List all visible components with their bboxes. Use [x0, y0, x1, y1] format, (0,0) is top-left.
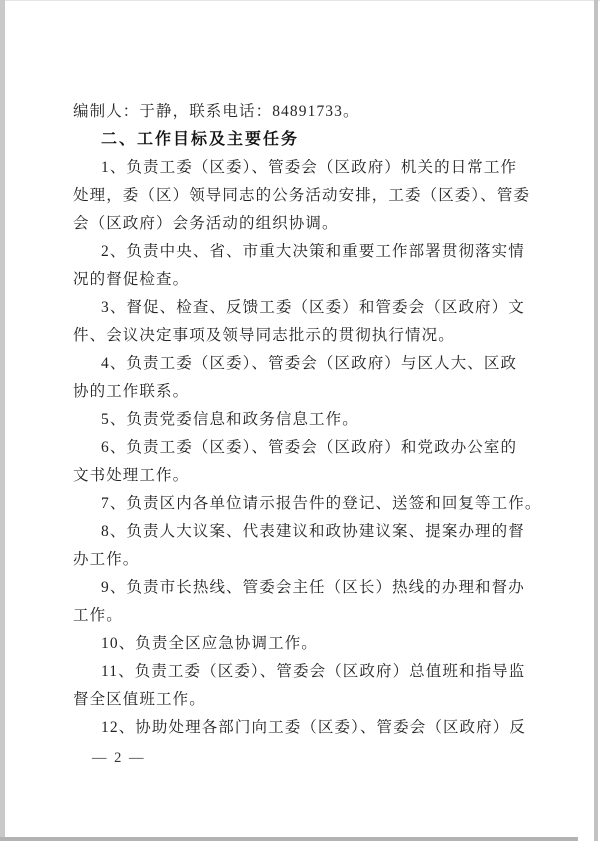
paragraph-task-12: 12、协助处理各部门向工委（区委）、管委会（区政府）反	[73, 714, 543, 742]
paragraph-line: 1、负责工委（区委）、管委会（区政府）机关的日常工作	[73, 154, 543, 182]
scan-edge-left	[0, 0, 5, 841]
paragraph-task-4: 4、负责工委（区委）、管委会（区政府）与区人大、区政 协的工作联系。	[73, 350, 543, 406]
scan-edge-bottom	[0, 837, 578, 841]
paragraph-line: 10、负责全区应急协调工作。	[73, 630, 543, 658]
paragraph-line: 协的工作联系。	[73, 378, 543, 406]
paragraph-task-7: 7、负责区内各单位请示报告件的登记、送签和回复等工作。	[73, 490, 543, 518]
paragraph-line: 6、负责工委（区委）、管委会（区政府）和党政办公室的	[73, 434, 543, 462]
paragraph-line: 处理，委（区）领导同志的公务活动安排，工委（区委）、管委	[73, 182, 543, 210]
paragraph-line: 5、负责党委信息和政务信息工作。	[73, 406, 543, 434]
paragraph-task-5: 5、负责党委信息和政务信息工作。	[73, 406, 543, 434]
paragraph-task-8: 8、负责人大议案、代表建议和政协建议案、提案办理的督 办工作。	[73, 518, 543, 574]
paragraph-line: 8、负责人大议案、代表建议和政协建议案、提案办理的督	[73, 518, 543, 546]
paragraph-line: 督全区值班工作。	[73, 686, 543, 714]
paragraph-task-6: 6、负责工委（区委）、管委会（区政府）和党政办公室的 文书处理工作。	[73, 434, 543, 490]
paragraph-line: 会（区政府）会务活动的组织协调。	[73, 210, 543, 238]
paragraph-line: 7、负责区内各单位请示报告件的登记、送签和回复等工作。	[73, 490, 543, 518]
paragraph-line: 3、督促、检查、反馈工委（区委）和管委会（区政府）文	[73, 294, 543, 322]
scanned-document-page: 编制人：于静，联系电话：84891733。 二、工作目标及主要任务 1、负责工委…	[0, 0, 600, 841]
paragraph-line: 2、负责中央、省、市重大决策和重要工作部署贯彻落实情	[73, 238, 543, 266]
paragraph-line: 9、负责市长热线、管委会主任（区长）热线的办理和督办	[73, 574, 543, 602]
scan-edge-right	[594, 0, 598, 841]
paragraph-line: 办工作。	[73, 546, 543, 574]
paragraph-task-11: 11、负责工委（区委）、管委会（区政府）总值班和指导监 督全区值班工作。	[73, 658, 543, 714]
document-body: 编制人：于静，联系电话：84891733。 二、工作目标及主要任务 1、负责工委…	[73, 98, 543, 742]
compiler-contact-line: 编制人：于静，联系电话：84891733。	[73, 98, 543, 126]
paragraph-line: 12、协助处理各部门向工委（区委）、管委会（区政府）反	[73, 714, 543, 742]
paragraph-task-9: 9、负责市长热线、管委会主任（区长）热线的办理和督办 工作。	[73, 574, 543, 630]
paragraph-task-10: 10、负责全区应急协调工作。	[73, 630, 543, 658]
paragraph-task-2: 2、负责中央、省、市重大决策和重要工作部署贯彻落实情 况的督促检查。	[73, 238, 543, 294]
paragraph-line: 工作。	[73, 602, 543, 630]
page-number: — 2 —	[92, 748, 146, 768]
paragraph-task-3: 3、督促、检查、反馈工委（区委）和管委会（区政府）文 件、会议决定事项及领导同志…	[73, 294, 543, 350]
paragraph-line: 4、负责工委（区委）、管委会（区政府）与区人大、区政	[73, 350, 543, 378]
paragraph-line: 文书处理工作。	[73, 462, 543, 490]
section-heading: 二、工作目标及主要任务	[73, 126, 543, 154]
scan-edge-top	[0, 0, 600, 1]
paragraph-line: 11、负责工委（区委）、管委会（区政府）总值班和指导监	[73, 658, 543, 686]
paragraph-line: 况的督促检查。	[73, 266, 543, 294]
paragraph-line: 件、会议决定事项及领导同志批示的贯彻执行情况。	[73, 322, 543, 350]
paragraph-task-1: 1、负责工委（区委）、管委会（区政府）机关的日常工作 处理，委（区）领导同志的公…	[73, 154, 543, 238]
